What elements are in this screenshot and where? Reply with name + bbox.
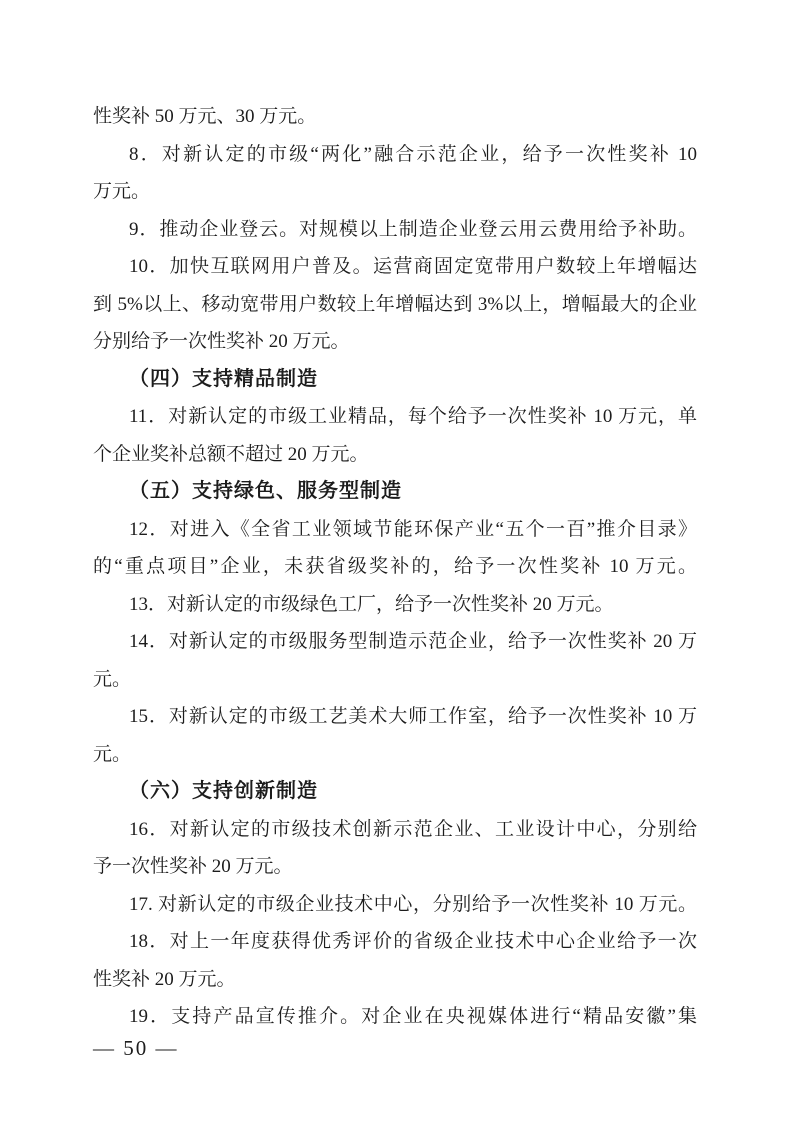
text-line: 元。 [93,661,697,699]
text-line: 性奖补 20 万元。 [93,961,697,999]
text-line: 分别给予一次性奖补 20 万元。 [93,323,697,361]
section-heading: （四）支持精品制造 [93,361,697,399]
text-line: 的“重点项目”企业，未获省级奖补的，给予一次性奖补 10 万元。 [93,548,697,586]
text-line: 万元。 [93,173,697,211]
text-line: 8．对新认定的市级“两化”融合示范企业，给予一次性奖补 10 [93,136,697,174]
section-heading: （六）支持创新制造 [93,773,697,811]
text-line: 19．支持产品宣传推介。对企业在央视媒体进行“精品安徽”集 [93,998,697,1036]
text-line: 12．对进入《全省工业领域节能环保产业“五个一百”推介目录》 [93,511,697,549]
page-number: — 50 — [93,1033,179,1063]
text-line: 性奖补 50 万元、30 万元。 [93,98,697,136]
text-line: 13．对新认定的市级绿色工厂，给予一次性奖补 20 万元。 [93,586,697,624]
text-line: 个企业奖补总额不超过 20 万元。 [93,436,697,474]
text-line: 15．对新认定的市级工艺美术大师工作室，给予一次性奖补 10 万 [93,698,697,736]
text-line: 14．对新认定的市级服务型制造示范企业，给予一次性奖补 20 万 [93,623,697,661]
section-heading: （五）支持绿色、服务型制造 [93,473,697,511]
text-line: 18．对上一年度获得优秀评价的省级企业技术中心企业给予一次 [93,923,697,961]
document-body: 性奖补 50 万元、30 万元。8．对新认定的市级“两化”融合示范企业，给予一次… [93,98,697,1036]
text-line: 元。 [93,736,697,774]
text-line: 予一次性奖补 20 万元。 [93,848,697,886]
document-page: 性奖补 50 万元、30 万元。8．对新认定的市级“两化”融合示范企业，给予一次… [0,0,793,1122]
text-line: 16．对新认定的市级技术创新示范企业、工业设计中心，分别给 [93,811,697,849]
text-line: 17. 对新认定的市级企业技术中心，分别给予一次性奖补 10 万元。 [93,886,697,924]
text-line: 11．对新认定的市级工业精品，每个给予一次性奖补 10 万元，单 [93,398,697,436]
text-line: 到 5%以上、移动宽带用户数较上年增幅达到 3%以上，增幅最大的企业 [93,286,697,324]
text-line: 9．推动企业登云。对规模以上制造企业登云用云费用给予补助。 [93,211,697,249]
text-line: 10．加快互联网用户普及。运营商固定宽带用户数较上年增幅达 [93,248,697,286]
